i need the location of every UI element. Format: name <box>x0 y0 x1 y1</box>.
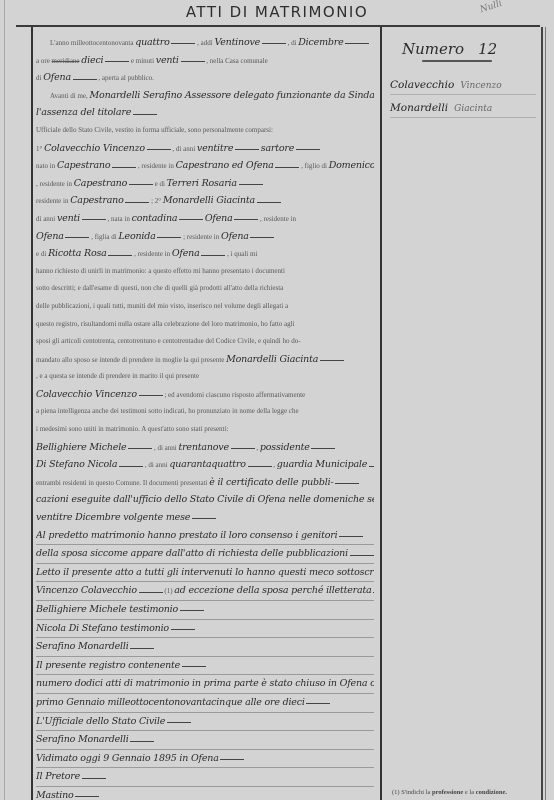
fill-in-line <box>112 166 136 168</box>
fill-in-line <box>345 42 369 44</box>
handwritten-entry: venti <box>57 213 80 224</box>
printed-text: sposi gli articoli centotrenta, centotre… <box>36 337 301 345</box>
handwritten-entry: Ofena <box>221 231 249 242</box>
act-line: ventitre Dicembre volgente mese <box>36 509 374 527</box>
act-line: Serafino Monardelli <box>36 731 374 750</box>
page-title: ATTI DI MATRIMONIO <box>0 3 554 21</box>
act-line: Il Pretore <box>36 768 374 787</box>
printed-text: delle pubblicazioni, i quali tutti, muni… <box>36 302 288 310</box>
fill-in-line <box>133 113 157 115</box>
handwritten-entry: Letto il presente atto a tutti gli inter… <box>36 567 374 578</box>
fill-in-line <box>234 218 258 220</box>
fill-in-line <box>82 777 106 779</box>
handwritten-entry: numero dodici atti di matrimonio in prim… <box>36 678 374 689</box>
act-line: Ofena , figlia di Leonida ; residente in… <box>36 228 374 246</box>
handwritten-entry: Ofena <box>205 213 233 224</box>
printed-text: , figlio di <box>301 162 327 170</box>
footnote-bold-professione: professione <box>432 789 463 796</box>
printed-text: hanno richiesto di unirli in matrimonio:… <box>36 267 285 275</box>
fill-in-line <box>179 218 203 220</box>
handwritten-entry: Di Stefano Nicola <box>36 459 117 470</box>
printed-text: , aperta al pubblico. <box>98 74 153 82</box>
handwritten-entry: Capestrano <box>74 178 127 189</box>
act-line: Il presente registro contenente <box>36 657 374 676</box>
handwritten-entry: Al predetto matrimonio hanno prestato il… <box>36 530 337 541</box>
handwritten-entry: Colavecchio Vincenzo <box>36 389 137 400</box>
handwritten-entry: contadina <box>132 213 178 224</box>
fill-in-line <box>128 447 152 449</box>
act-line: Serafino Monardelli <box>36 638 374 657</box>
handwritten-entry: Ofena <box>36 231 64 242</box>
act-line: cazioni eseguite dall'ufficio dello Stat… <box>36 491 374 509</box>
handwritten-entry: Monardelli Giacinta <box>163 195 255 206</box>
act-line: entrambi residenti in questo Comune. Il … <box>36 474 374 492</box>
handwritten-entry: guardia Municipale <box>277 459 367 470</box>
act-line: numero dodici atti di matrimonio in prim… <box>36 675 374 694</box>
handwritten-entry: Monardelli Giacinta <box>226 354 318 365</box>
handwritten-entry: Serafino Monardelli <box>36 734 129 745</box>
printed-text: Ufficiale dello Stato Civile, vestito in… <box>36 126 273 134</box>
handwritten-entry: ventitre <box>197 143 233 154</box>
act-number: Numero12 <box>390 40 536 58</box>
act-line: questo registro, risultandomi nulla osta… <box>36 316 374 334</box>
printed-text: mandato allo sposo se intende di prender… <box>36 356 224 364</box>
handwritten-entry: Vincenzo Colavecchio <box>36 585 137 596</box>
right-frame-line-inner <box>545 27 546 800</box>
printed-text: , residente in <box>36 180 72 188</box>
fill-in-line <box>125 201 149 203</box>
handwritten-entry: Vidimato oggi 9 Gennaio 1895 in Ofena <box>36 753 219 764</box>
fill-in-line <box>171 42 195 44</box>
act-line: Di Stefano Nicola , di anni quarantaquat… <box>36 456 374 474</box>
printed-text: 1° <box>36 145 42 153</box>
footnote: (1) S'indichi la professione e la condiz… <box>392 789 507 796</box>
handwritten-entry: primo Gennaio milleottocentonovantacinqu… <box>36 697 305 708</box>
fill-in-line <box>231 447 255 449</box>
fill-in-line <box>157 236 181 238</box>
handwritten-entry: Ventinove <box>214 37 260 48</box>
groom-given-name: Vincenzo <box>460 81 501 91</box>
printed-text: , i quali mi <box>227 250 257 258</box>
fill-in-line <box>275 166 299 168</box>
printed-text: a ore <box>36 57 50 65</box>
handwritten-entry: Leonida <box>118 231 155 242</box>
spouse-bride: MonardelliGiacinta <box>390 99 536 118</box>
marriage-act-body: L'anno milleottocentonovanta quattro , a… <box>36 34 374 800</box>
act-line: Letto il presente atto a tutti gli inter… <box>36 564 374 583</box>
act-line: a piena intelligenza anche dei testimoni… <box>36 403 374 421</box>
printed-text: , <box>256 444 258 452</box>
numero-label: Numero <box>402 40 464 58</box>
handwritten-entry: Ricotta Rosa <box>48 248 107 259</box>
handwritten-entry: quarantaquattro <box>169 459 245 470</box>
fill-in-line <box>250 236 274 238</box>
printed-text: di <box>36 74 41 82</box>
groom-surname: Colavecchio <box>390 79 454 91</box>
fill-in-line <box>119 465 143 467</box>
fill-in-line <box>220 758 244 760</box>
printed-text: L'anno milleottocentonovanta <box>50 39 134 47</box>
fill-in-line <box>320 359 344 361</box>
handwritten-entry: Capestrano <box>57 160 110 171</box>
act-line: di Ofena , aperta al pubblico. <box>36 69 374 87</box>
handwritten-entry: Dicembre <box>298 37 343 48</box>
act-line: primo Gennaio milleottocentonovantacinqu… <box>36 694 374 713</box>
act-line: 1° Colavecchio Vincenzo , di anni ventit… <box>36 140 374 158</box>
right-frame-line <box>541 27 543 800</box>
printed-text: residente in <box>36 197 68 205</box>
fill-in-line <box>129 183 153 185</box>
footnote-text-mid: e la <box>465 789 474 796</box>
fill-in-line <box>108 254 132 256</box>
fill-in-line <box>139 394 163 396</box>
act-line: Nicola Di Stefano testimonio <box>36 620 374 639</box>
fill-in-line <box>181 60 205 62</box>
printed-text: , di anni <box>145 461 168 469</box>
act-line: l'assenza del titolare <box>36 104 374 122</box>
act-line: Mastino <box>36 787 374 800</box>
fill-in-line <box>180 609 204 611</box>
handwritten-entry: Bellighiere Michele testimonio <box>36 604 178 615</box>
handwritten-entry: Serafino Monardelli <box>36 641 129 652</box>
fill-in-line <box>139 591 163 593</box>
act-line: della sposa siccome appare dall'atto di … <box>36 545 374 564</box>
handwritten-entry: Ofena <box>43 72 71 83</box>
act-line: Bellighiere Michele , di anni trentanove… <box>36 439 374 457</box>
printed-text: , di <box>288 39 297 47</box>
handwritten-entry: Ofena <box>172 248 200 259</box>
handwritten-entry: possidente <box>260 442 310 453</box>
act-line: Vincenzo Colavecchio (1) ad eccezione de… <box>36 582 374 601</box>
printed-text: Avanti di me, <box>50 92 88 100</box>
act-line: mandato allo sposo se intende di prender… <box>36 351 374 369</box>
fill-in-line <box>182 665 206 667</box>
handwritten-entry: Mastino <box>36 790 74 800</box>
fill-in-line <box>82 218 106 220</box>
printed-text: entrambi residenti in questo Comune. Il … <box>36 479 207 487</box>
left-frame-line <box>31 27 33 800</box>
printed-text: questo registro, risultandomi nulla osta… <box>36 320 295 328</box>
act-line: di anni venti , nata in contadina Ofena … <box>36 210 374 228</box>
fill-in-line <box>306 702 330 704</box>
bride-surname: Monardelli <box>390 102 448 114</box>
spouse-groom: ColavecchioVincenzo <box>390 76 536 95</box>
printed-text: , nata in <box>107 215 129 223</box>
handwritten-entry: dieci <box>81 55 103 66</box>
printed-text: , nella Casa comunale <box>206 57 267 65</box>
fill-in-line <box>171 628 195 630</box>
margin-column: Numero12 ColavecchioVincenzo MonardelliG… <box>390 40 536 118</box>
bride-given-name: Giacinta <box>454 104 492 114</box>
printed-text: ; 2° <box>151 197 161 205</box>
page-edge <box>4 0 5 800</box>
fill-in-line <box>192 517 216 519</box>
act-line: L'anno milleottocentonovanta quattro , a… <box>36 34 374 52</box>
fill-in-line <box>311 447 335 449</box>
act-line: i medesimi sono uniti in matrimonio. A q… <box>36 421 374 439</box>
printed-text: , residente in <box>138 162 174 170</box>
handwritten-entry: venti <box>156 55 179 66</box>
fill-in-line <box>73 78 97 80</box>
act-line: residente in Capestrano ; 2° Monardelli … <box>36 192 374 210</box>
printed-text: a piena intelligenza anche dei testimoni… <box>36 407 299 415</box>
footnote-bold-condizione: condizione. <box>476 789 507 796</box>
handwritten-entry: Capestrano ed Ofena <box>176 160 274 171</box>
printed-text: ; residente in <box>183 233 219 241</box>
handwritten-entry: cazioni eseguite dall'ufficio dello Stat… <box>36 494 374 505</box>
printed-text: nato in <box>36 162 55 170</box>
fill-in-line <box>105 60 129 62</box>
act-line: nato in Capestrano , residente in Capest… <box>36 157 374 175</box>
act-line: hanno richiesto di unirli in matrimonio:… <box>36 263 374 281</box>
handwritten-entry: Nicola Di Stefano testimonio <box>36 623 169 634</box>
act-line: L'Ufficiale dello Stato Civile <box>36 713 374 732</box>
fill-in-line <box>335 482 359 484</box>
act-line: sposi gli articoli centotrenta, centotre… <box>36 333 374 351</box>
fill-in-line <box>369 465 374 467</box>
printed-text: , di anni <box>172 145 195 153</box>
act-line: Vidimato oggi 9 Gennaio 1895 in Ofena <box>36 750 374 769</box>
fill-in-line <box>373 591 374 593</box>
handwritten-entry: sartore <box>261 143 294 154</box>
handwritten-entry: Capestrano <box>70 195 123 206</box>
handwritten-entry: quattro <box>135 37 169 48</box>
printed-text: e minuti <box>131 57 154 65</box>
fill-in-line <box>339 535 363 537</box>
act-line: , residente in Capestrano e di Terreri R… <box>36 175 374 193</box>
handwritten-entry: trentanove <box>178 442 228 453</box>
printed-text: e di <box>155 180 165 188</box>
fill-in-line <box>130 647 154 649</box>
printed-text: , residente in <box>134 250 170 258</box>
printed-text: , <box>273 461 275 469</box>
fill-in-line <box>296 148 320 150</box>
fill-in-line <box>235 148 259 150</box>
fill-in-line <box>130 740 154 742</box>
handwritten-entry: Terreri Rosaria <box>167 178 237 189</box>
handwritten-entry: Monardelli Serafino Assessore delegato f… <box>90 90 374 101</box>
footnote-text: (1) S'indichi la <box>392 789 430 796</box>
act-line: Colavecchio Vincenzo ; ed avendomi ciasc… <box>36 386 374 404</box>
handwritten-entry: l'assenza del titolare <box>36 107 131 118</box>
fill-in-line <box>201 254 225 256</box>
fill-in-line <box>350 554 374 556</box>
fill-in-line <box>262 42 286 44</box>
printed-text: ; ed avendomi ciascuno risposto affermat… <box>164 391 305 399</box>
handwritten-entry: è il certificato delle pubbli- <box>209 477 333 488</box>
handwritten-entry: Colavecchio Vincenzo <box>44 143 145 154</box>
handwritten-entry: della sposa siccome appare dall'atto di … <box>36 548 348 559</box>
printed-text: e di <box>36 250 46 258</box>
handwritten-entry: Bellighiere Michele <box>36 442 126 453</box>
act-line: Ufficiale dello Stato Civile, vestito in… <box>36 122 374 140</box>
handwritten-entry: ad eccezione della sposa perché illetter… <box>174 585 371 596</box>
act-line: , e a questa se intende di prendere in m… <box>36 368 374 386</box>
fill-in-line <box>65 236 89 238</box>
fill-in-line <box>239 183 263 185</box>
handwritten-entry: Domenico <box>329 160 374 171</box>
printed-text: i medesimi sono uniti in matrimonio. A q… <box>36 425 228 433</box>
act-line: Bellighiere Michele testimonio <box>36 601 374 620</box>
column-divider <box>380 27 382 800</box>
handwritten-entry: ventitre Dicembre volgente mese <box>36 512 190 523</box>
numero-value: 12 <box>478 40 497 58</box>
top-rule <box>16 25 540 27</box>
act-line: Al predetto matrimonio hanno prestato il… <box>36 527 374 546</box>
printed-text: , residente in <box>260 215 296 223</box>
printed-text: , figlia di <box>91 233 116 241</box>
printed-text: (1) <box>164 587 172 595</box>
fill-in-line <box>75 795 99 797</box>
printed-text: , e a questa se intende di prendere in m… <box>36 372 199 380</box>
printed-text: , addì <box>197 39 213 47</box>
act-line: delle pubblicazioni, i quali tutti, muni… <box>36 298 374 316</box>
printed-text: meridiane <box>52 57 80 65</box>
handwritten-entry: Il presente registro contenente <box>36 660 180 671</box>
handwritten-entry: Il Pretore <box>36 771 80 782</box>
act-line: a ore meridiane dieci e minuti venti , n… <box>36 52 374 70</box>
fill-in-line <box>147 148 171 150</box>
act-line: sotto descritti; e dall'esame di questi,… <box>36 280 374 298</box>
printed-text: di anni <box>36 215 55 223</box>
printed-text: , di anni <box>154 444 177 452</box>
act-line: e di Ricotta Rosa , residente in Ofena ,… <box>36 245 374 263</box>
fill-in-line <box>257 201 281 203</box>
fill-in-line <box>248 465 272 467</box>
act-line: Avanti di me, Monardelli Serafino Assess… <box>36 87 374 105</box>
printed-text: sotto descritti; e dall'esame di questi,… <box>36 284 283 292</box>
fill-in-line <box>167 721 191 723</box>
handwritten-entry: L'Ufficiale dello Stato Civile <box>36 716 165 727</box>
